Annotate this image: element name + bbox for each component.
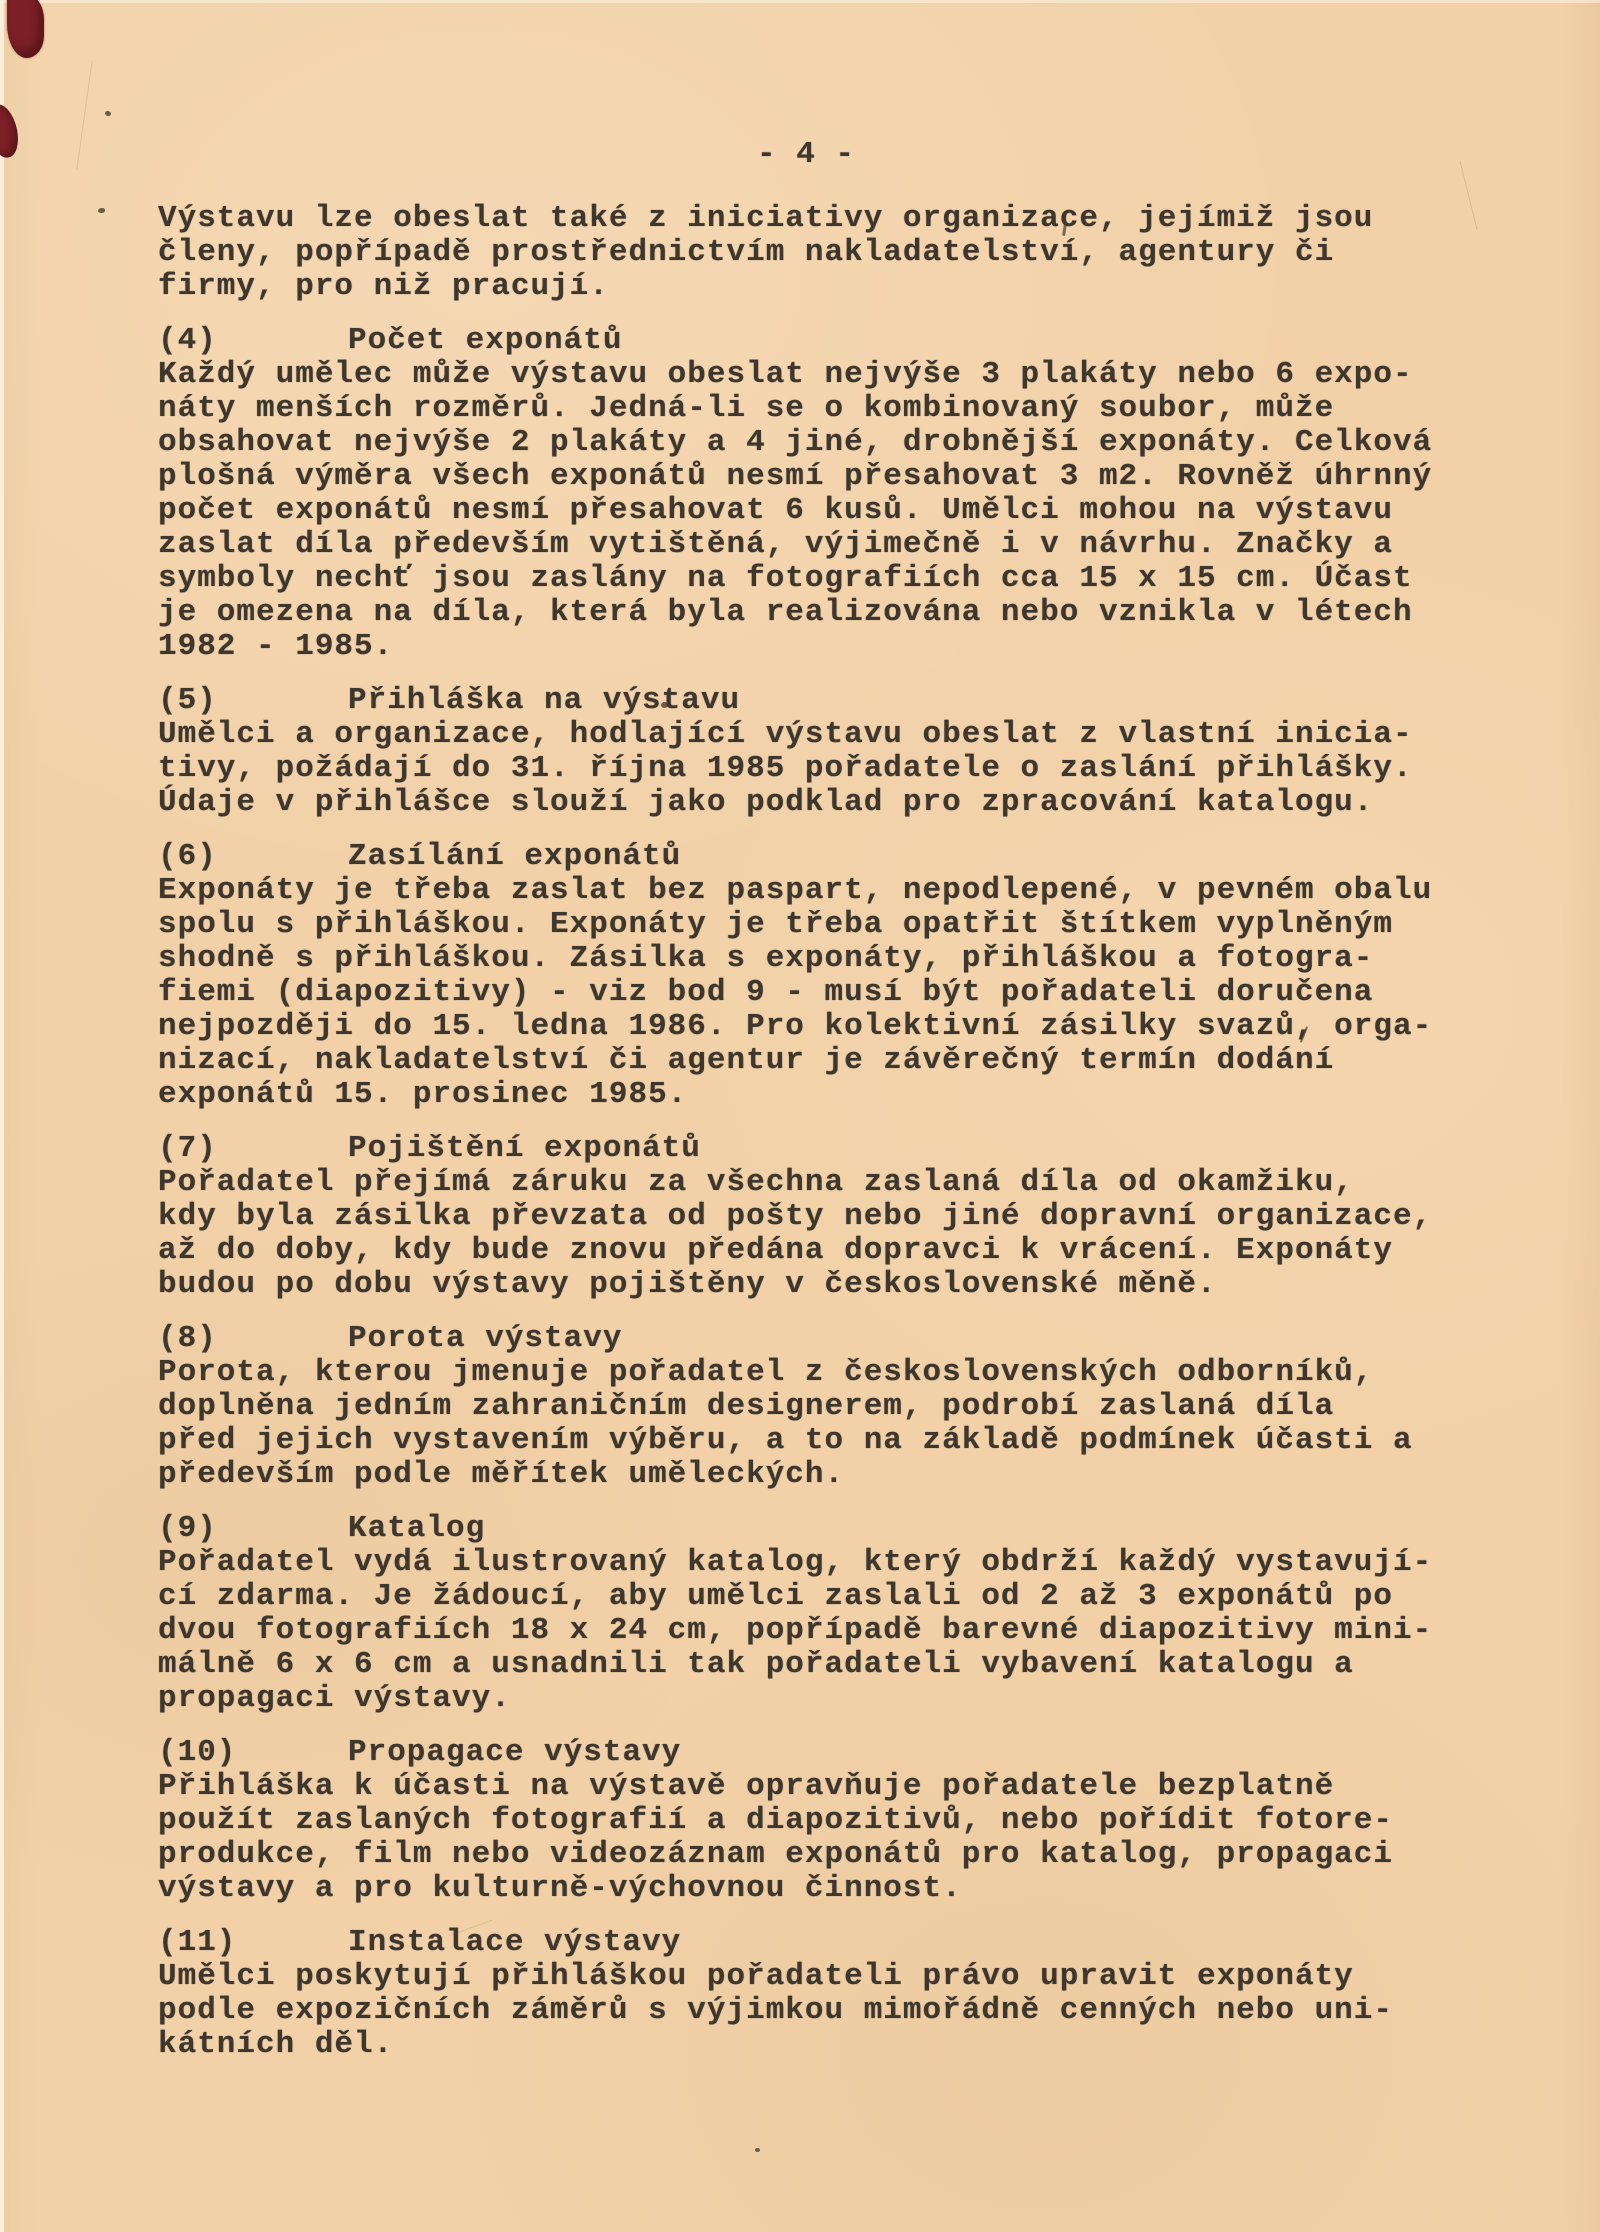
section-heading: (7) Pojištění exponátů xyxy=(158,1132,1454,1166)
section-body: Umělci a organizace, hodlající výstavu o… xyxy=(158,718,1454,820)
section-number: (9) xyxy=(158,1512,348,1546)
section-body: Přihláška k účasti na výstavě opravňuje … xyxy=(158,1770,1454,1906)
section-7: (7) Pojištění exponátů Pořadatel přejímá… xyxy=(158,1132,1454,1302)
section-11: (11) Instalace výstavy Umělci poskytují … xyxy=(158,1926,1454,2062)
section-number: (6) xyxy=(158,840,348,874)
section-heading: (4) Počet exponátů xyxy=(158,324,1454,358)
section-9: (9) Katalog Pořadatel vydá ilustrovaný k… xyxy=(158,1512,1454,1716)
section-5: (5) Přihláška na výstavu Umělci a organi… xyxy=(158,684,1454,820)
section-heading: (9) Katalog xyxy=(158,1512,1454,1546)
section-number: (8) xyxy=(158,1322,348,1356)
section-heading: (6) Zasílání exponátů xyxy=(158,840,1454,874)
section-title: Propagace výstavy xyxy=(348,1736,681,1770)
section-number: (7) xyxy=(158,1132,348,1166)
section-10: (10) Propagace výstavy Přihláška k účast… xyxy=(158,1736,1454,1906)
section-heading: (5) Přihláška na výstavu xyxy=(158,684,1454,718)
paper-fiber xyxy=(76,60,92,169)
section-8: (8) Porota výstavy Porota, kterou jmenuj… xyxy=(158,1322,1454,1492)
section-body: Pořadatel přejímá záruku za všechna zasl… xyxy=(158,1166,1454,1302)
paper-speck xyxy=(104,110,111,117)
page-number: - 4 - xyxy=(158,138,1454,172)
section-number: (4) xyxy=(158,324,348,358)
scan-edge-left xyxy=(0,0,4,2232)
section-title: Počet exponátů xyxy=(348,324,622,358)
scanned-document-page: - 4 - Výstavu lze obeslat také z iniciat… xyxy=(0,0,1600,2232)
section-title: Zasílání exponátů xyxy=(348,840,681,874)
section-6: (6) Zasílání exponátů Exponáty je třeba … xyxy=(158,840,1454,1112)
section-heading: (8) Porota výstavy xyxy=(158,1322,1454,1356)
section-body: Pořadatel vydá ilustrovaný katalog, kter… xyxy=(158,1546,1454,1716)
scan-edge-top xyxy=(0,0,1600,3)
section-title: Instalace výstavy xyxy=(348,1926,681,1960)
section-title: Přihláška na výstavu xyxy=(348,684,740,718)
section-heading: (11) Instalace výstavy xyxy=(158,1926,1454,1960)
red-stain xyxy=(0,102,22,161)
section-number: (10) xyxy=(158,1736,348,1770)
paper-speck xyxy=(755,2148,760,2152)
paper-speck xyxy=(98,208,105,213)
section-title: Porota výstavy xyxy=(348,1322,622,1356)
section-body: Každý umělec může výstavu obeslat nejvýš… xyxy=(158,358,1454,664)
section-heading: (10) Propagace výstavy xyxy=(158,1736,1454,1770)
paper-fiber xyxy=(1460,161,1478,229)
section-body: Exponáty je třeba zaslat bez paspart, ne… xyxy=(158,874,1454,1112)
section-number: (11) xyxy=(158,1926,348,1960)
section-title: Katalog xyxy=(348,1512,485,1546)
section-4: (4) Počet exponátů Každý umělec může výs… xyxy=(158,324,1454,664)
section-number: (5) xyxy=(158,684,348,718)
section-body: Porota, kterou jmenuje pořadatel z česko… xyxy=(158,1356,1454,1492)
section-body: Umělci poskytují přihláškou pořadateli p… xyxy=(158,1960,1454,2062)
intro-paragraph: Výstavu lze obeslat také z iniciativy or… xyxy=(158,202,1454,304)
red-stain xyxy=(7,0,44,58)
section-title: Pojištění exponátů xyxy=(348,1132,701,1166)
typewritten-content: - 4 - Výstavu lze obeslat také z iniciat… xyxy=(158,138,1454,2062)
